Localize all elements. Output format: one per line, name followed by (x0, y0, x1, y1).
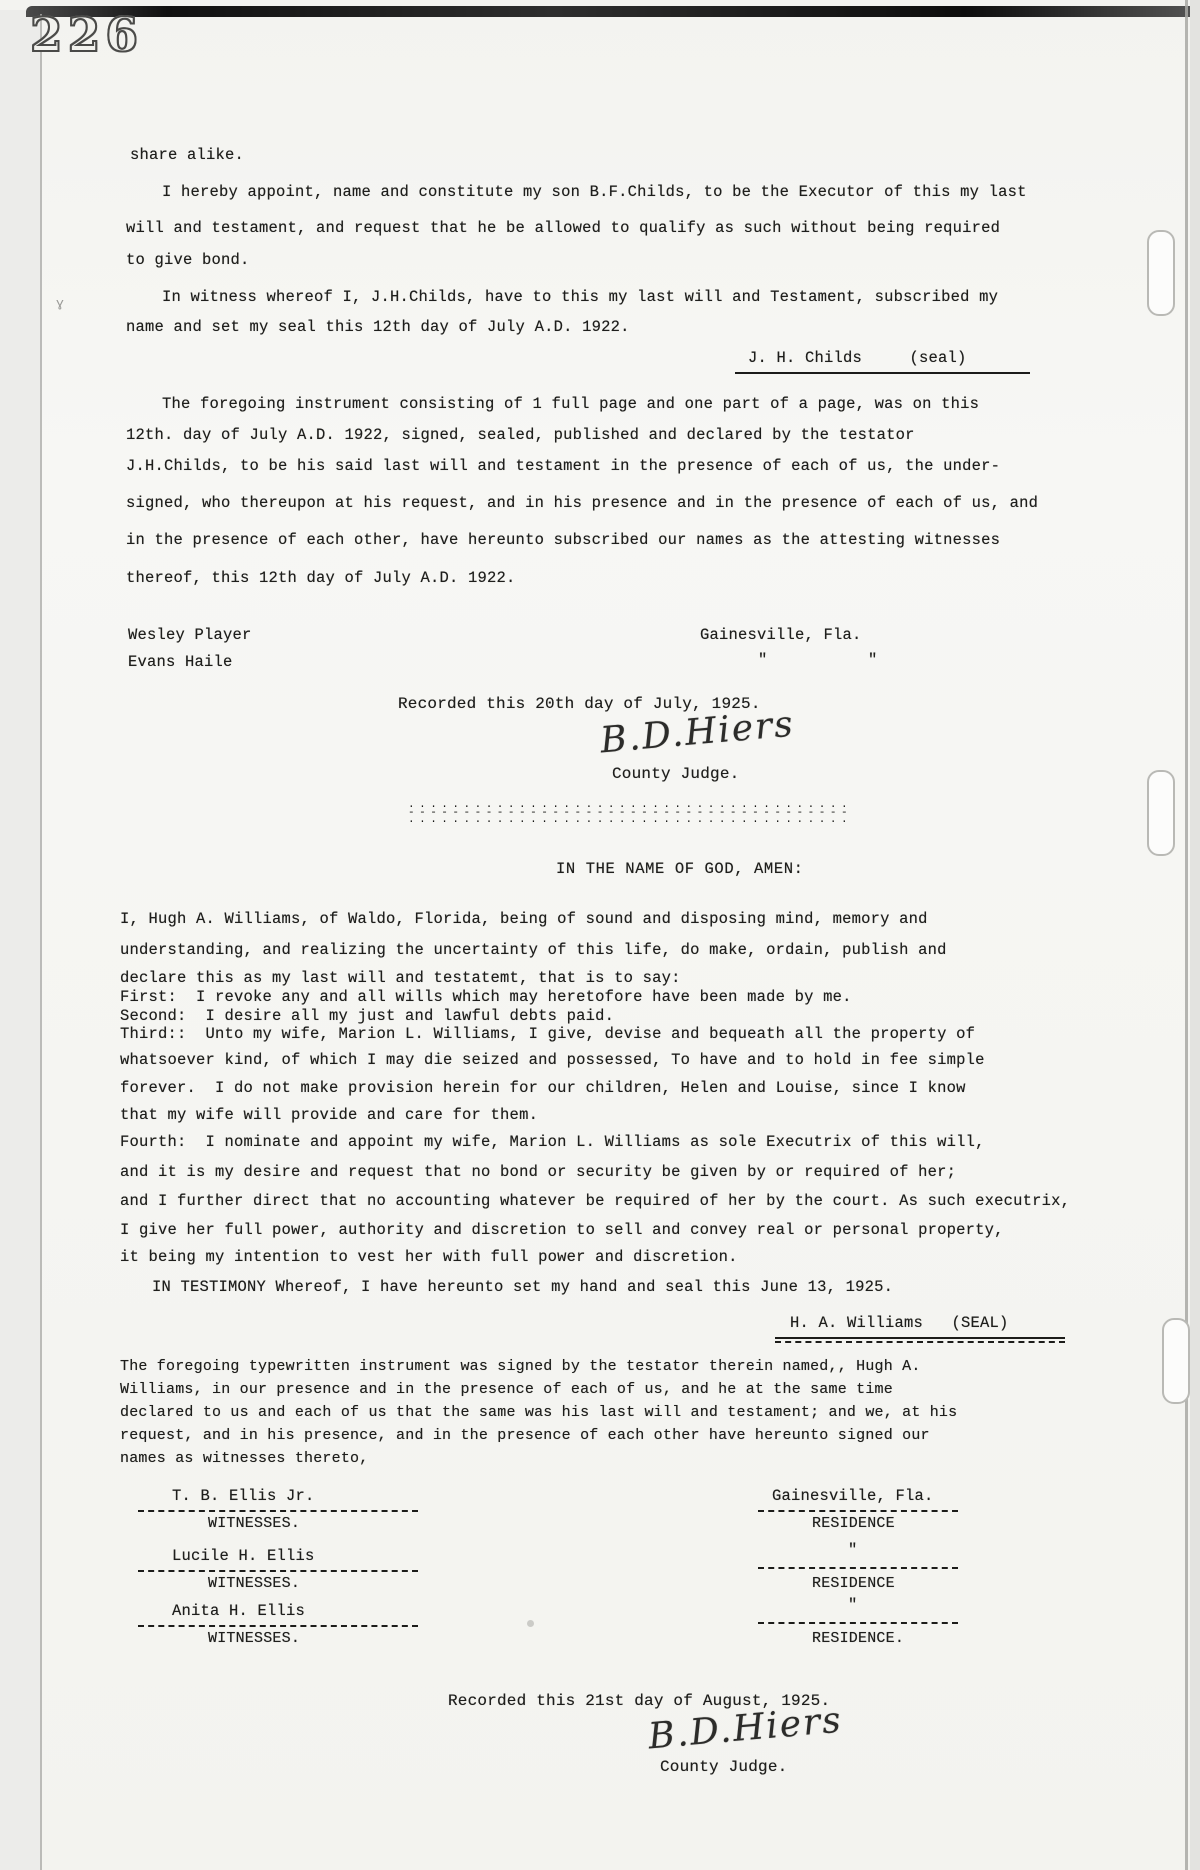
childs-attestation-line: J.H.Childs, to be his said last will and… (126, 457, 1000, 475)
williams-attestation-line: declared to us and each of us that the s… (120, 1404, 957, 1421)
residence-underline (758, 1510, 958, 1512)
childs-attestation-line: The foregoing instrument consisting of 1… (162, 395, 979, 413)
witness-signature-name: T. B. Ellis Jr. (172, 1487, 315, 1505)
scan-right-edge-line (1185, 0, 1188, 1870)
williams-will-line: understanding, and realizing the uncerta… (120, 941, 947, 959)
williams-will-line: forever. I do not make provision herein … (120, 1079, 966, 1097)
williams-attestation-line: request, and in his presence, and in the… (120, 1427, 930, 1444)
williams-attestation-line: names as witnesses thereto, (120, 1450, 368, 1467)
witness-residence: Gainesville, Fla. (700, 626, 862, 644)
childs-signature-underline (735, 372, 1030, 374)
childs-signature-line: J. H. Childs (seal) (748, 349, 967, 367)
williams-will-heading: IN THE NAME OF GOD, AMEN: (556, 860, 804, 878)
scan-right-outer-margin (1190, 0, 1200, 1870)
williams-attestation-line: Williams, in our presence and in the pre… (120, 1381, 893, 1398)
williams-will-line: IN TESTIMONY Whereof, I have hereunto se… (152, 1278, 893, 1296)
williams-will-line: whatsoever kind, of which I may die seiz… (120, 1051, 985, 1069)
childs-attestation-line: 12th. day of July A.D. 1922, signed, sea… (126, 426, 915, 444)
scan-left-margin (0, 10, 40, 1870)
binding-hole-bottom (1162, 1318, 1190, 1404)
williams-will-line: Third:: Unto my wife, Marion L. Williams… (120, 1025, 975, 1043)
williams-signature-underline (775, 1337, 1065, 1339)
binding-hole-middle (1147, 770, 1175, 856)
page-number: 226 (30, 8, 143, 63)
williams-will-line: First: I revoke any and all wills which … (120, 988, 852, 1006)
witness-signature-name: Lucile H. Ellis (172, 1547, 315, 1565)
section-divider-dots: ........................................ (408, 816, 852, 824)
residence-underline (758, 1567, 958, 1569)
scan-dot-artifact (527, 1620, 534, 1627)
childs-attestation-line: thereof, this 12th day of July A.D. 1922… (126, 569, 516, 587)
scan-left-edge-line (40, 14, 42, 1870)
ditto-mark: " (758, 651, 768, 669)
scan-top-edge (26, 6, 1200, 17)
childs-will-line: I hereby appoint, name and constitute my… (162, 183, 1027, 201)
judge-title: County Judge. (612, 765, 739, 783)
williams-signature-underline-dashed (775, 1341, 1065, 1343)
ditto-mark: " (868, 651, 878, 669)
witness-name: Wesley Player (128, 626, 252, 644)
williams-will-line: that my wife will provide and care for t… (120, 1106, 538, 1124)
witness-signature-underline (138, 1625, 418, 1627)
witnesses-label: WITNESSES. (208, 1630, 300, 1647)
witness-signature-underline (138, 1510, 418, 1512)
witnesses-label: WITNESSES. (208, 1515, 300, 1532)
witness-signature-name: Anita H. Ellis (172, 1602, 305, 1620)
williams-will-line: and it is my desire and request that no … (120, 1163, 956, 1181)
witnesses-label: WITNESSES. (208, 1575, 300, 1592)
childs-will-line: In witness whereof I, J.H.Childs, have t… (162, 288, 998, 306)
childs-attestation-line: signed, who thereupon at his request, an… (126, 494, 1038, 512)
witness-signature-underline (138, 1570, 418, 1572)
residence-label: RESIDENCE. (812, 1630, 904, 1647)
residence-label: RESIDENCE (812, 1515, 895, 1532)
williams-will-line: it being my intention to vest her with f… (120, 1248, 738, 1266)
childs-will-line: to give bond. (126, 251, 250, 269)
williams-will-line: and I further direct that no accounting … (120, 1192, 1070, 1210)
residence-label: RESIDENCE (812, 1575, 895, 1592)
residence-underline (758, 1622, 958, 1624)
judge-title: County Judge. (660, 1758, 787, 1776)
residence-ditto: " (848, 1596, 858, 1614)
witness-name: Evans Haile (128, 653, 233, 671)
williams-will-line: I give her full power, authority and dis… (120, 1221, 1004, 1239)
childs-attestation-line: in the presence of each other, have here… (126, 531, 1000, 549)
williams-attestation-line: The foregoing typewritten instrument was… (120, 1358, 921, 1375)
residence-ditto: " (848, 1541, 858, 1559)
childs-will-line: name and set my seal this 12th day of Ju… (126, 318, 630, 336)
williams-will-line: declare this as my last will and testate… (120, 969, 681, 987)
ink-smudge: ɣ (56, 296, 64, 311)
childs-will-line: share alike. (130, 146, 244, 164)
williams-signature-line: H. A. Williams (SEAL) (790, 1314, 1009, 1332)
residence-value: Gainesville, Fla. (772, 1487, 934, 1505)
scanned-document-page: ɣ 226 share alike. I hereby appoint, nam… (0, 0, 1200, 1870)
childs-will-line: will and testament, and request that he … (126, 219, 1000, 237)
williams-will-line: I, Hugh A. Williams, of Waldo, Florida, … (120, 910, 928, 928)
williams-will-line: Second: I desire all my just and lawful … (120, 1007, 614, 1025)
williams-will-line: Fourth: I nominate and appoint my wife, … (120, 1133, 985, 1151)
binding-hole-top (1147, 230, 1175, 316)
